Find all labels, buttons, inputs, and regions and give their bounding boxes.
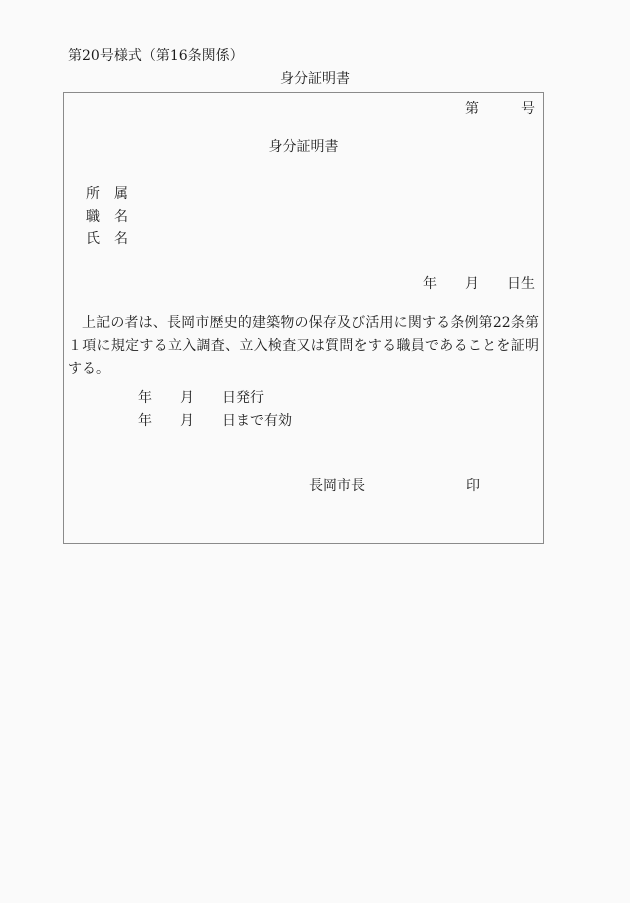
field-job-title-label: 職 名	[86, 207, 128, 227]
issue-date-line: 年 月 日発行	[138, 388, 264, 408]
form-number-label: 第20号様式（第16条関係）	[68, 46, 244, 66]
issuer-name: 長岡市長	[309, 476, 365, 496]
page-title: 身分証明書	[0, 69, 630, 89]
field-affiliation-label: 所 属	[86, 184, 128, 204]
valid-until-line: 年 月 日まで有効	[138, 411, 292, 431]
certificate-number-line: 第 号	[465, 99, 535, 119]
seal-mark: 印	[466, 476, 480, 496]
certificate-box: 第 号 身分証明書 所 属 職 名 氏 名 年 月 日生 上記の者は、長岡市歴史…	[63, 92, 544, 544]
document-page: 第20号様式（第16条関係） 身分証明書 第 号 身分証明書 所 属 職 名 氏…	[0, 0, 630, 903]
certificate-body-text: 上記の者は、長岡市歴史的建築物の保存及び活用に関する条例第22条第１項に規定する…	[68, 312, 539, 381]
field-name-label: 氏 名	[86, 229, 128, 249]
birth-date-line: 年 月 日生	[423, 274, 535, 294]
certificate-title: 身分証明書	[64, 137, 543, 157]
